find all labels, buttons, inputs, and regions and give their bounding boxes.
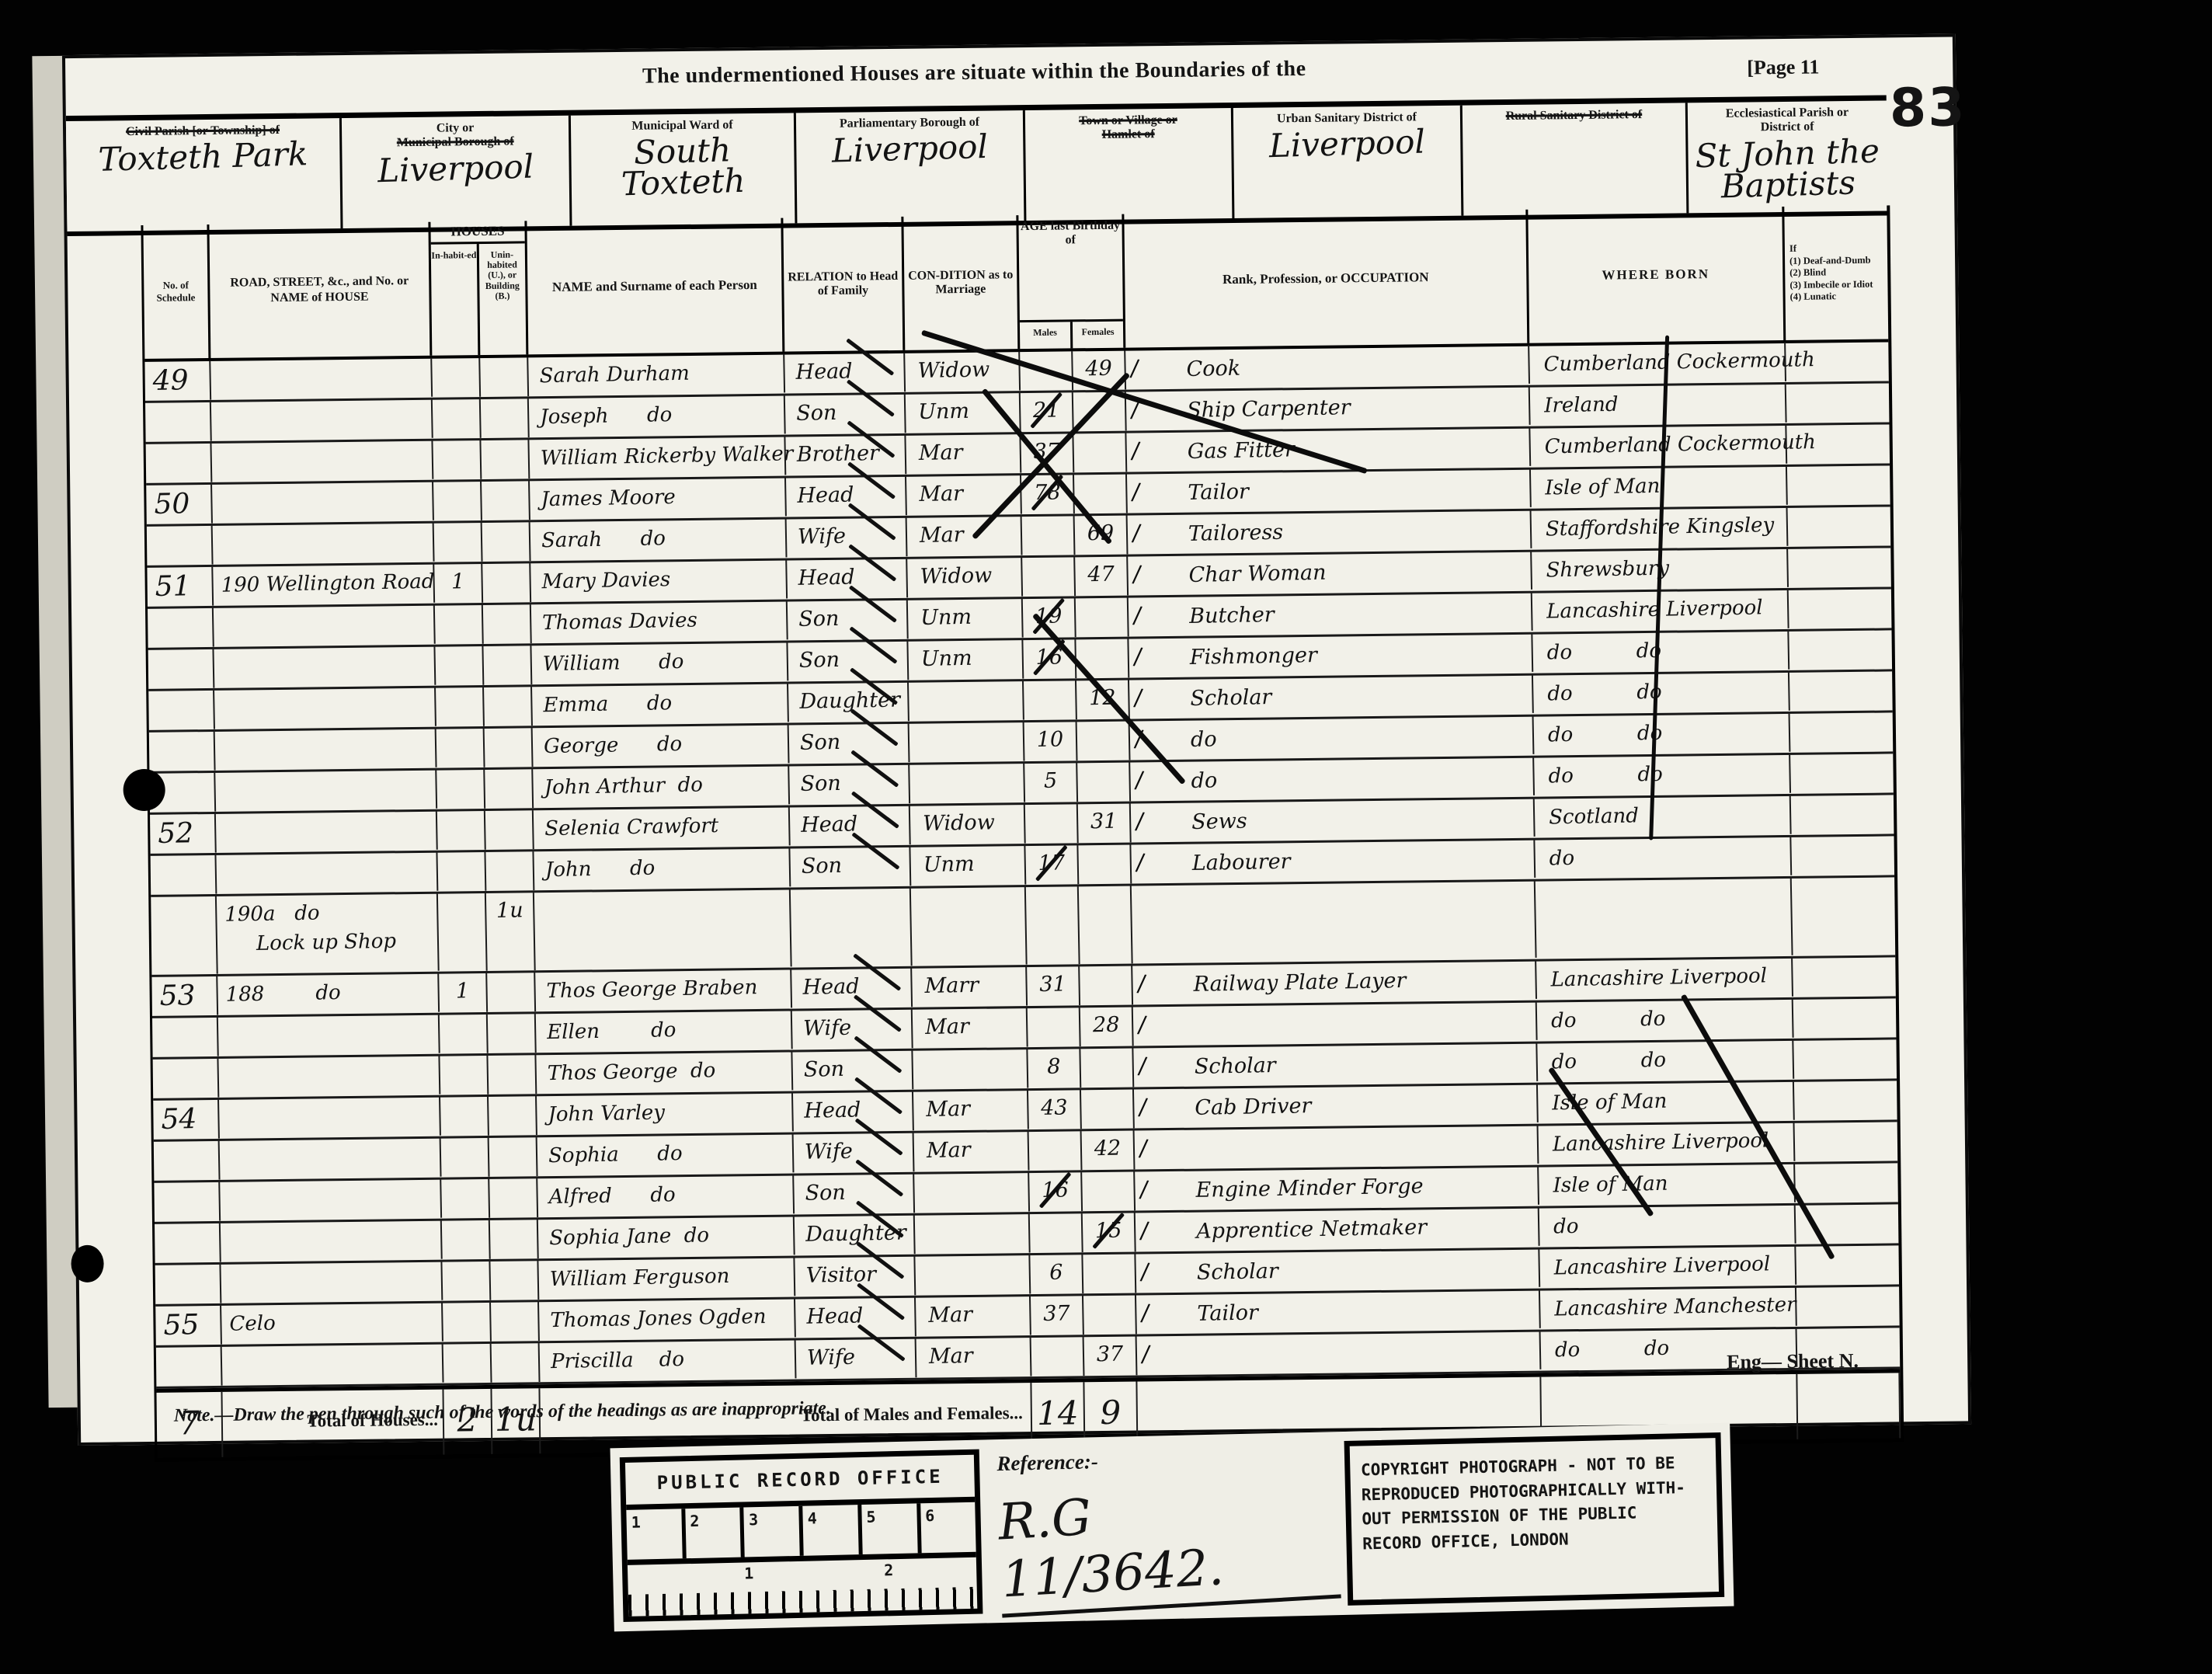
cell-occupation: Tailoress (1128, 510, 1532, 556)
cell-house-uninhabited (483, 646, 532, 685)
cell-schedule-number (155, 1265, 221, 1305)
cell-condition (913, 1049, 1028, 1091)
tick-mark (1139, 1213, 1163, 1251)
cell-condition: Mar (913, 1008, 1028, 1049)
col-header-condition: CON-DITION as to Marriage (903, 215, 1020, 350)
cell-schedule-number: 55 (155, 1306, 222, 1346)
cell-house-inhabited (437, 852, 486, 892)
district-value: Liverpool (796, 131, 1024, 168)
cell-occupation: Tailor (1127, 468, 1532, 515)
cell-road-street (214, 646, 436, 689)
cell-house-inhabited (433, 399, 482, 439)
cell-infirmity (1786, 342, 1889, 381)
cell-occupation (1133, 1001, 1538, 1048)
reference-value: R.G 11/3642. (996, 1475, 1342, 1618)
cell-house-uninhabited (485, 728, 534, 767)
col-header-road: ROAD, STREET, &c., and No. or NAME of HO… (209, 222, 432, 358)
col-header-where-born: WHERE BORN (1528, 207, 1786, 343)
cell-infirmity (1789, 630, 1892, 670)
cell-relation: Son (789, 764, 910, 806)
cell-road-street (211, 399, 433, 442)
cell-house-inhabited (440, 1014, 489, 1054)
cell-age-male: 43 (1028, 1090, 1082, 1129)
ruler-lower-scale: 1 2 (628, 1557, 978, 1617)
cell-occupation: Sews (1131, 798, 1536, 844)
cell-infirmity (1788, 506, 1891, 546)
cell-person-name: Priscilla do (540, 1339, 797, 1383)
cell-condition: Widow (907, 558, 1023, 599)
census-photograph: The undermentioned Houses are situate wi… (0, 0, 2212, 1674)
cell-road-street (214, 605, 436, 648)
cell-age-female (1081, 1089, 1135, 1129)
cell-schedule-number: 51 (147, 567, 214, 607)
cell-infirmity (1791, 795, 1894, 834)
sheet-label: Eng— Sheet N. (1727, 1349, 1859, 1374)
ruler-inch-mark: 1 (626, 1509, 686, 1560)
cell-age-female (1082, 1171, 1136, 1211)
cell-age-male: 10 (1024, 722, 1078, 761)
tick-mark (1136, 966, 1160, 1004)
cell-relation: Head (786, 476, 907, 517)
cell-age-male (1031, 1337, 1085, 1376)
cell-where-born: Cumberland Cockermouth (1530, 425, 1787, 468)
cell-age-male: 6 (1030, 1255, 1083, 1294)
col-header-relation: RELATION to Head of Family (783, 217, 905, 352)
district-value: St John the Baptists (1688, 135, 1888, 203)
folio-stamp-number: 83 (1889, 77, 1967, 139)
ruler-inch-mark: 6 (920, 1502, 976, 1554)
cell-where-born: Isle of Man (1539, 1164, 1796, 1207)
cell-occupation (1135, 1125, 1539, 1171)
public-record-office-stamp: PUBLIC RECORD OFFICE 1 2 3 4 5 6 1 2 Ref… (610, 1423, 1734, 1632)
cell-where-born: do do (1534, 713, 1791, 757)
cell-schedule-number (149, 732, 216, 772)
cell-age-female: 15 (1083, 1213, 1136, 1252)
district-cell: Town or Village orHamlet of (1025, 108, 1235, 221)
col-header-infirmity: If (1) Deaf-and-Dumb (2) Blind (3) Imbec… (1784, 205, 1888, 339)
tick-mark (1134, 845, 1158, 883)
cell-relation: Wife (787, 517, 908, 559)
tick-mark (1137, 1131, 1161, 1169)
cell-schedule-number (155, 1223, 221, 1264)
tick-mark (1132, 639, 1156, 677)
cell-relation: Daughter (788, 682, 909, 723)
cell-occupation: Gas Fitter (1126, 427, 1531, 474)
cell-house-inhabited (435, 605, 484, 645)
tick-mark (1130, 516, 1154, 554)
ruler-inch-mark: 5 (861, 1503, 921, 1554)
cell-where-born: Ireland (1530, 384, 1787, 427)
tick-mark (1137, 1090, 1161, 1128)
cell-road-street (212, 482, 434, 524)
reference-box: Reference:- R.G 11/3642. (986, 1432, 1345, 1623)
cell-house-inhabited (432, 358, 481, 398)
cell-schedule-number (154, 1141, 221, 1182)
cell-age-male: 21 (1021, 392, 1074, 432)
totals-blank-infirmity (1797, 1373, 1901, 1439)
cell-age-female: 28 (1080, 1007, 1134, 1046)
cell-infirmity (1786, 424, 1890, 464)
ruler-inches: 1 2 3 4 5 6 (626, 1502, 976, 1565)
cell-house-uninhabited (489, 1137, 538, 1177)
col-header-name: NAME and Surname of each Person (527, 218, 784, 355)
cell-house-inhabited (441, 1179, 490, 1219)
tick-mark (1139, 1337, 1163, 1375)
cell-relation: Son (794, 1174, 915, 1215)
cell-where-born: do do (1533, 672, 1790, 715)
hole-punch (123, 769, 165, 812)
cell-schedule-number (145, 444, 212, 484)
cell-schedule-number: 50 (146, 485, 213, 525)
cell-house-uninhabited (482, 522, 531, 562)
cell-road-street: 190a doLock up Shop (217, 893, 440, 975)
cell-person-name: Thomas Jones Ogden (539, 1298, 796, 1342)
cell-house-inhabited (440, 1056, 489, 1095)
cell-house-inhabited (440, 1097, 489, 1136)
pro-ruler-box: PUBLIC RECORD OFFICE 1 2 3 4 5 6 1 2 (620, 1450, 983, 1622)
cell-where-born: do do (1532, 631, 1789, 674)
cell-relation: Son (788, 600, 909, 641)
cell-age-female: 37 (1084, 1336, 1138, 1376)
cell-relation: Wife (796, 1338, 917, 1380)
cell-schedule-number (148, 691, 215, 731)
cell-condition (909, 722, 1025, 764)
cell-infirmity (1789, 589, 1892, 628)
district-value: Liverpool (342, 150, 569, 187)
cell-where-born: do do (1534, 754, 1791, 798)
cell-where-born: do do (1537, 999, 1794, 1042)
cell-condition: Unm (908, 599, 1024, 640)
cell-person-name: Thomas Davies (531, 600, 788, 644)
cell-house-uninhabited (488, 1055, 537, 1095)
cell-person-name: John Varley (537, 1092, 794, 1136)
cell-person-name: Emma do (532, 683, 789, 726)
cell-house-inhabited: 1 (439, 973, 488, 1013)
cell-age-male: 5 (1024, 763, 1078, 802)
cell-road-street (213, 523, 435, 566)
cell-age-female (1080, 966, 1133, 1005)
cell-relation: Son (788, 641, 909, 682)
cell-age-female: 31 (1078, 803, 1132, 843)
cell-house-uninhabited: 1u (486, 893, 536, 971)
cell-condition: Mar (916, 1296, 1031, 1338)
cell-infirmity (1793, 1039, 1897, 1079)
district-label: Hamlet of (1025, 127, 1231, 143)
tick-mark (1130, 475, 1154, 513)
census-page: The undermentioned Houses are situate wi… (62, 33, 1971, 1446)
cell-person-name: William Rickerby Walker (529, 436, 786, 479)
cell-house-uninhabited (489, 1096, 537, 1136)
cell-house-uninhabited (482, 563, 531, 603)
cell-house-uninhabited (490, 1261, 539, 1300)
cell-occupation: Ship Carpenter (1126, 386, 1531, 433)
tick-mark (1136, 1049, 1160, 1087)
cell-house-uninhabited (484, 687, 533, 726)
cell-schedule-number (145, 402, 212, 443)
cell-age-female (1083, 1254, 1136, 1293)
cell-road-street (215, 770, 437, 813)
cell-person-name: Joseph do (529, 395, 786, 438)
cell-road-street (222, 1344, 444, 1387)
cell-person-name: Alfred do (537, 1175, 795, 1218)
page-heading: The undermentioned Houses are situate wi… (469, 54, 1479, 91)
district-label: Rural Sanitary District of (1462, 107, 1685, 124)
col-header-houses-label: HOUSES (430, 221, 524, 244)
cell-age-male (1022, 557, 1076, 597)
district-cell: Municipal Ward ofSouth Toxteth (571, 113, 798, 225)
cell-schedule-number (154, 1182, 221, 1223)
cell-infirmity (1787, 465, 1890, 505)
cell-house-uninhabited (487, 973, 536, 1012)
cell-condition (909, 681, 1024, 722)
cell-infirmity (1790, 753, 1894, 793)
cell-schedule-number: 54 (153, 1100, 220, 1140)
district-value (1025, 143, 1231, 149)
cell-relation: Wife (794, 1133, 915, 1174)
cell-infirmity (1796, 1286, 1900, 1326)
census-table-body: 49 Sarah Durham Head Widow 49 Cook Cumbe… (144, 342, 1900, 1388)
district-cell: Urban Sanitary District ofLiverpool (1233, 106, 1464, 218)
cell-road-street (216, 811, 438, 854)
col-header-age: AGE last Birthday of Males Females (1018, 214, 1125, 350)
cell-age-female: 42 (1082, 1130, 1136, 1170)
cell-relation: Head (793, 1091, 914, 1133)
cell-relation: Son (785, 394, 906, 435)
cell-schedule-number (152, 1059, 219, 1099)
district-cell: Rural Sanitary District of (1462, 103, 1689, 215)
cell-age-male: 8 (1028, 1049, 1081, 1088)
cell-occupation: Apprentice Netmaker (1136, 1207, 1540, 1254)
cell-age-male (1022, 516, 1076, 555)
cell-road-street (211, 440, 433, 483)
cell-age-female (1077, 762, 1131, 802)
cell-age-female (1073, 433, 1127, 472)
cell-infirmity (1794, 1081, 1897, 1120)
cell-age-male: 37 (1031, 1296, 1084, 1335)
cell-age-female: 47 (1075, 556, 1129, 596)
cell-occupation: do (1130, 757, 1535, 803)
cell-road-street (216, 852, 438, 895)
cell-occupation: Labourer (1131, 839, 1536, 886)
cell-person-name: James Moore (530, 477, 787, 520)
cell-age-female (1083, 1295, 1137, 1335)
cell-relation: Head (790, 806, 911, 847)
cell-age-male: 16 (1029, 1172, 1083, 1212)
cell-road-street (221, 1262, 443, 1304)
cell-condition: Unm (908, 640, 1024, 681)
cell-schedule-number (148, 649, 214, 690)
cell-where-born: do (1535, 837, 1792, 880)
cell-infirmity (1786, 383, 1890, 423)
cell-condition: Marr (912, 967, 1028, 1008)
cell-infirmity (1793, 957, 1896, 997)
cell-road-street: Celo (221, 1303, 443, 1345)
cell-road-street (220, 1179, 442, 1222)
col-header-females: Females (1073, 322, 1123, 349)
cell-house-inhabited (442, 1220, 491, 1260)
cell-road-street (219, 1097, 441, 1140)
district-cell: Ecclesiastical Parish orDistrict ofSt Jo… (1688, 100, 1888, 213)
cell-relation: Head (787, 559, 908, 600)
col-header-schedule: No. of Schedule (143, 224, 210, 359)
cell-house-inhabited (441, 1138, 490, 1178)
cell-occupation: Tailor (1136, 1289, 1541, 1336)
cell-road-street (218, 1014, 440, 1057)
cell-schedule-number (156, 1347, 223, 1387)
cell-house-uninhabited (481, 440, 530, 479)
cell-house-inhabited (443, 1303, 492, 1342)
tick-mark (1138, 1172, 1162, 1210)
cell-relation: Head (791, 968, 913, 1009)
cell-occupation: Railway Plate Layer (1132, 960, 1537, 1007)
copyright-notice: COPYRIGHT PHOTOGRAPH - NOT TO BE REPRODU… (1344, 1432, 1724, 1606)
cell-occupation (1132, 880, 1537, 966)
district-value: Toxteth Park (66, 137, 340, 176)
cell-age-male (1029, 1131, 1083, 1171)
cell-person-name: Thos George do (536, 1051, 793, 1095)
cell-infirmity (1790, 712, 1894, 752)
cell-house-inhabited (436, 770, 485, 809)
tick-mark (1136, 1008, 1160, 1046)
cell-person-name: Ellen do (536, 1010, 793, 1053)
cell-house-inhabited: 1 (434, 564, 483, 604)
tick-mark (1129, 351, 1153, 389)
tick-mark (1136, 910, 1156, 912)
col-header-age-label: AGE last Birthday of (1018, 214, 1123, 321)
cell-occupation: Scholar (1136, 1248, 1540, 1295)
ruler-inch-mark: 4 (802, 1505, 862, 1556)
col-header-houses: HOUSES In-habit-ed Unin-habited (U.), or… (430, 221, 528, 355)
cell-house-uninhabited (489, 1178, 538, 1218)
tick-mark (1139, 1296, 1163, 1334)
page-number-label: [Page 11 (1747, 55, 1819, 79)
cell-person-name: Sarah Durham (528, 353, 785, 397)
reference-label: Reference:- (996, 1444, 1337, 1476)
cell-occupation: Engine Minder Forge (1135, 1166, 1539, 1213)
cell-age-male (1026, 886, 1080, 965)
cell-person-name: William Ferguson (538, 1257, 795, 1300)
cell-condition: Mar (914, 1132, 1030, 1173)
cell-house-uninhabited (483, 604, 532, 644)
cell-person-name: William do (531, 642, 788, 685)
cell-relation: Head (784, 353, 906, 394)
cell-schedule-number (152, 1018, 219, 1058)
cell-infirmity (1792, 877, 1895, 955)
cell-relation: Visitor (795, 1256, 916, 1297)
cell-schedule-number (150, 855, 217, 896)
cell-relation: Wife (792, 1009, 913, 1050)
cell-person-name: John do (534, 847, 791, 891)
cell-occupation: Scholar (1133, 1042, 1538, 1089)
cell-person-name: Selenia Crawfort (534, 806, 791, 850)
cell-condition: Mar (907, 517, 1023, 558)
tick-mark (1132, 598, 1156, 636)
cell-house-uninhabited (492, 1343, 541, 1383)
cell-occupation: Cook (1125, 345, 1530, 392)
cell-road-street (210, 358, 433, 401)
cell-age-male (1024, 680, 1077, 720)
cell-schedule-number: 49 (144, 361, 211, 402)
cell-schedule-number (151, 896, 218, 976)
cell-age-male: 31 (1027, 966, 1080, 1006)
cell-house-inhabited (436, 729, 485, 768)
cell-person-name: John Arthur do (533, 765, 790, 809)
col-header-uninhabited: Unin-habited (U.), or Building (B.) (479, 243, 527, 355)
cell-age-male (1028, 1008, 1081, 1047)
cell-infirmity (1795, 1163, 1898, 1202)
cell-person-name: Sarah do (530, 518, 788, 562)
cell-house-uninhabited (485, 851, 534, 891)
cell-person-name: Sophia do (537, 1133, 795, 1177)
col-header-occupation: Rank, Profession, or OCCUPATION (1124, 210, 1529, 348)
district-cell: Civil Parish [or Township] ofToxteth Par… (66, 118, 343, 231)
cell-condition (915, 1255, 1031, 1296)
cell-condition (911, 887, 1028, 967)
cell-road-street: 188 do (217, 973, 440, 1016)
cell-road-street (214, 687, 436, 730)
cell-age-female (1080, 1048, 1134, 1088)
cell-relation (791, 888, 913, 968)
cell-house-inhabited (434, 523, 483, 562)
cell-house-inhabited (436, 687, 485, 727)
cell-house-uninhabited (481, 398, 530, 438)
cell-schedule-number (147, 526, 214, 566)
cell-house-uninhabited (490, 1220, 539, 1259)
ruler-inch-mark: 3 (744, 1506, 804, 1557)
cell-house-uninhabited (485, 810, 534, 850)
cell-schedule-number: 53 (151, 976, 218, 1017)
cell-infirmity (1793, 998, 1897, 1038)
cell-age-male: 16 (1023, 639, 1076, 679)
cell-condition (914, 1173, 1030, 1214)
cell-occupation: Butcher (1129, 592, 1533, 639)
cell-house-uninhabited (488, 1014, 537, 1053)
cell-age-female (1077, 721, 1131, 760)
cell-age-male: 17 (1025, 845, 1079, 885)
cell-age-female (1078, 844, 1132, 884)
cell-infirmity (1795, 1122, 1898, 1161)
cell-occupation: Fishmonger (1129, 633, 1533, 680)
cell-where-born (1536, 878, 1793, 960)
cell-where-born: Cumberland Cockermouth (1529, 343, 1786, 386)
cell-infirmity (1796, 1245, 1899, 1285)
cell-age-female (1079, 886, 1133, 964)
cell-infirmity (1789, 671, 1893, 711)
tick-mark (1134, 804, 1158, 842)
cell-schedule-number (148, 608, 214, 649)
cell-condition (909, 764, 1025, 805)
col-header-inhabited: In-habit-ed (431, 244, 481, 356)
cell-relation: Son (790, 847, 911, 888)
cell-person-name: Mary Davies (530, 559, 788, 603)
ruler-lower-mark: 1 (744, 1564, 754, 1582)
cell-where-born: Lancashire Liverpool (1536, 958, 1793, 1001)
cell-occupation (1137, 1331, 1542, 1377)
cell-occupation: Cab Driver (1134, 1084, 1539, 1130)
district-value: South Toxteth (571, 133, 795, 201)
cell-house-inhabited (442, 1262, 491, 1301)
cell-age-male (1030, 1213, 1083, 1253)
cell-infirmity (1788, 548, 1891, 587)
cell-infirmity (1792, 836, 1895, 875)
cell-road-street (218, 1056, 440, 1098)
pro-title: PUBLIC RECORD OFFICE (625, 1455, 976, 1510)
cell-occupation: Char Woman (1128, 551, 1532, 597)
hole-punch (71, 1245, 104, 1282)
cell-condition: Mar (906, 475, 1022, 517)
tick-mark (1131, 557, 1155, 595)
cell-house-inhabited (433, 482, 482, 521)
